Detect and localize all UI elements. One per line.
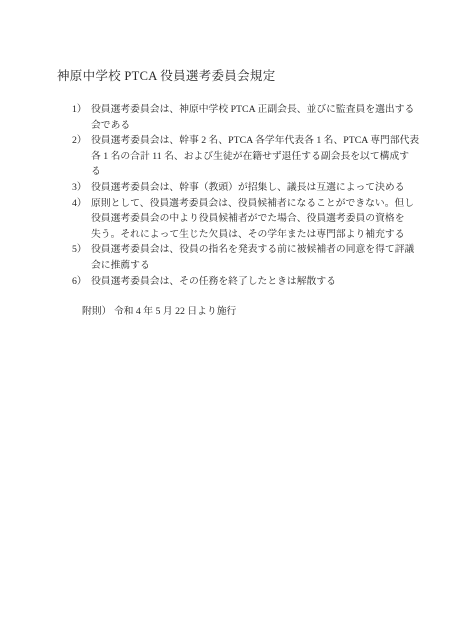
- item-line: 会に推薦する: [91, 258, 424, 274]
- item-line: 会である: [91, 118, 424, 134]
- item-line: 役員選考委員会は、神原中学校 PTCA 正副会長、並びに監査員を選出する: [91, 102, 424, 118]
- item-line: 役員選考委員会は、その任務を終了したときは解散する: [91, 274, 424, 290]
- item-line: 役員選考委員会は、役員の指名を発表する前に被候補者の同意を得て評議: [91, 242, 424, 258]
- item-line: る: [91, 164, 424, 180]
- list-item: 3） 役員選考委員会は、幹事（教頭）が招集し、議長は互選によって決める: [72, 180, 424, 196]
- item-line: 役員選考委員会は、幹事（教頭）が招集し、議長は互選によって決める: [91, 180, 424, 196]
- list-item: 6） 役員選考委員会は、その任務を終了したときは解散する: [72, 274, 424, 290]
- list-item: 2） 役員選考委員会は、幹事 2 名、PTCA 各学年代表各 1 名、PTCA …: [72, 133, 424, 180]
- document-page: 神原中学校 PTCA 役員選考委員会規定 1） 役員選考委員会は、神原中学校 P…: [0, 0, 453, 640]
- supplement-note: 附則） 令和 4 年 5 月 22 日より施行: [82, 304, 236, 320]
- list-item: 5） 役員選考委員会は、役員の指名を発表する前に被候補者の同意を得て評議 会に推…: [72, 242, 424, 273]
- item-line: 各 1 名の合計 11 名、および生徒が在籍せず退任する副会長を以て構成す: [91, 149, 424, 165]
- clause-list: 1） 役員選考委員会は、神原中学校 PTCA 正副会長、並びに監査員を選出する …: [72, 102, 424, 289]
- item-line: 原則として、役員選考委員会は、役員候補者になることができない。但し: [91, 196, 424, 212]
- item-line: 失う。それによって生じた欠員は、その学年または専門部より補充する: [91, 227, 424, 243]
- item-number: 6）: [72, 274, 87, 290]
- item-line: 役員選考委員会は、幹事 2 名、PTCA 各学年代表各 1 名、PTCA 専門部…: [91, 133, 424, 149]
- item-number: 1）: [72, 102, 87, 118]
- list-item: 1） 役員選考委員会は、神原中学校 PTCA 正副会長、並びに監査員を選出する …: [72, 102, 424, 133]
- item-number: 2）: [72, 133, 87, 149]
- page-title: 神原中学校 PTCA 役員選考委員会規定: [57, 66, 276, 84]
- item-number: 5）: [72, 242, 87, 258]
- item-line: 役員選考委員会の中より役員候補者がでた場合、役員選考委員の資格を: [91, 211, 424, 227]
- list-item: 4） 原則として、役員選考委員会は、役員候補者になることができない。但し 役員選…: [72, 196, 424, 243]
- item-number: 4）: [72, 196, 87, 212]
- item-number: 3）: [72, 180, 87, 196]
